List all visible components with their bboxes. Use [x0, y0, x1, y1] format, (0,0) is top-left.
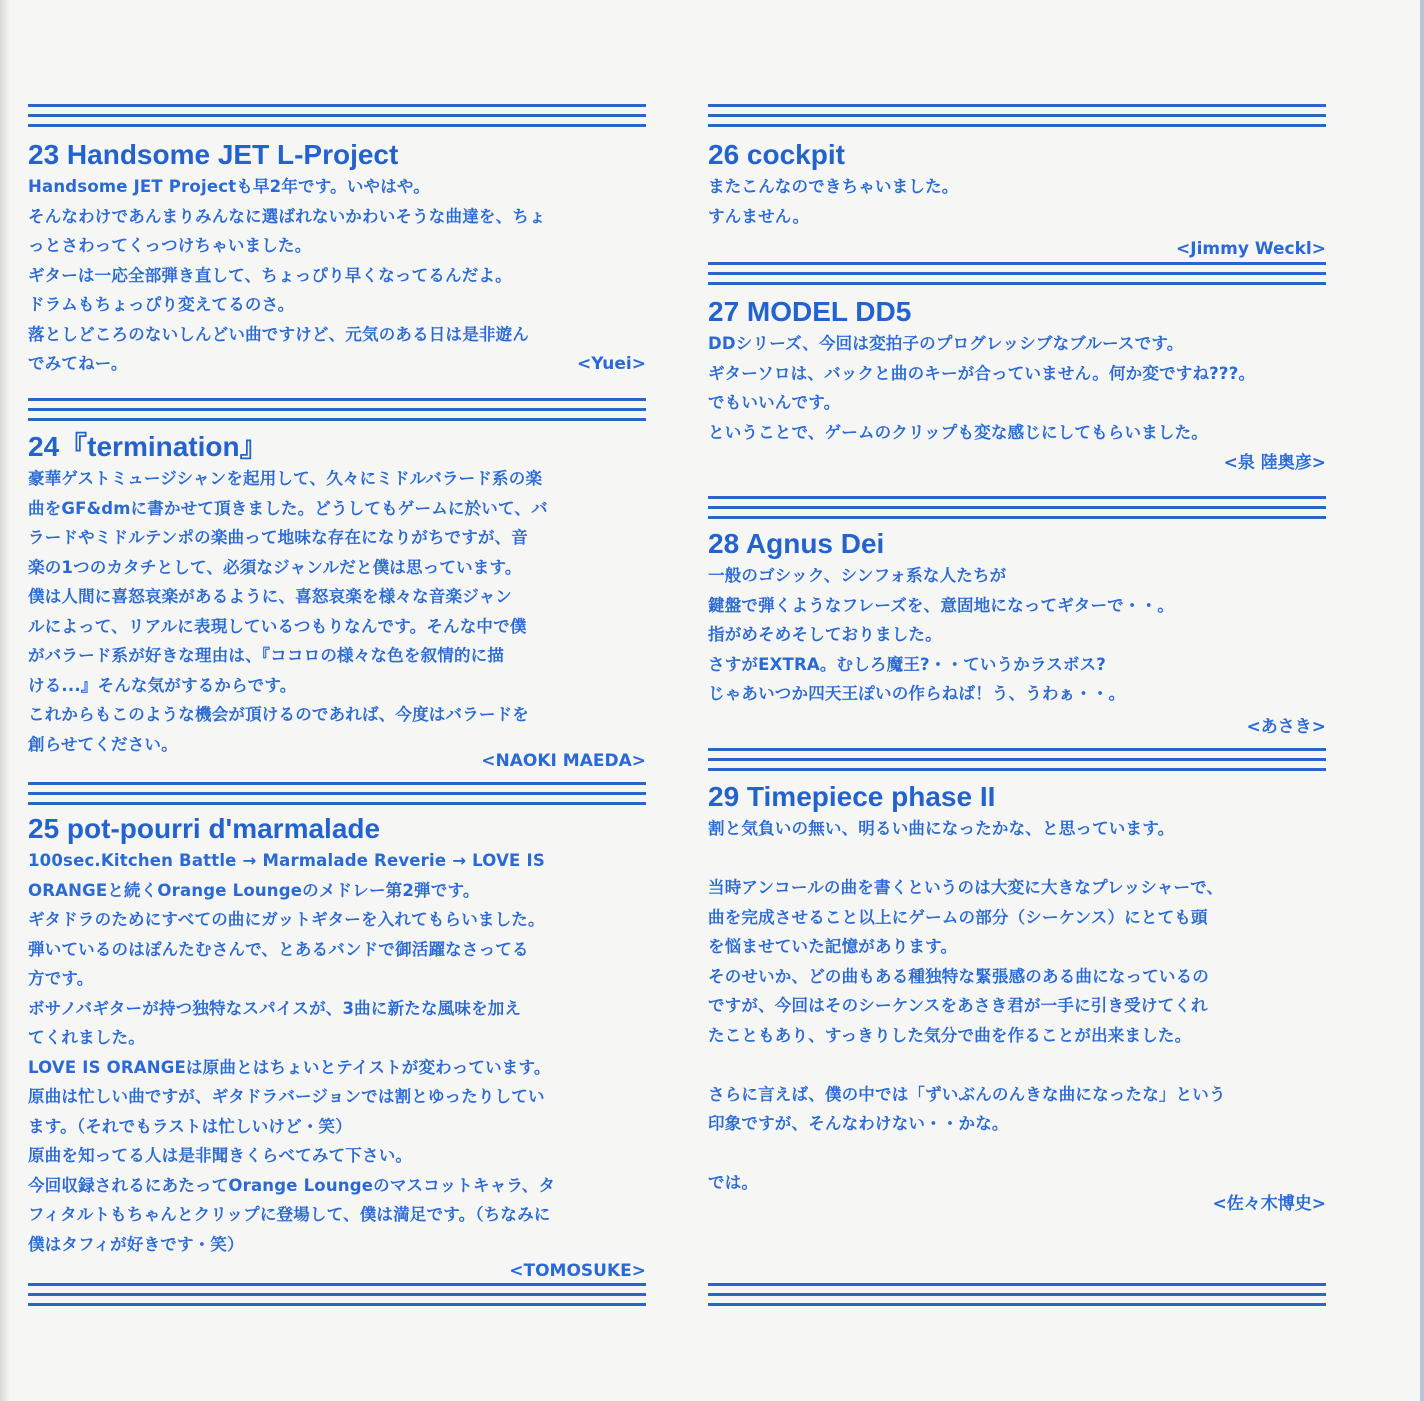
body-line: ORANGEと続くOrange Loungeのメドレー第2弾です。 [28, 876, 646, 906]
triple-rule-divider [28, 398, 646, 422]
body-line: を悩ませていた記憶があります。 [708, 932, 1326, 962]
body-line: たこともあり、すっきりした気分で曲を作ることが出来ました。 [708, 1021, 1326, 1051]
body-line: LOVE IS ORANGEは原曲とはちょいとテイストが変わっています。 [28, 1053, 646, 1083]
track-title: 24『termination』 [28, 430, 646, 464]
body-line: 鍵盤で弾くようなフレーズを、意固地になってギターで・・。 [708, 591, 1326, 621]
triple-rule-divider [708, 1283, 1326, 1307]
body-line: 印象ですが、そんなわけない・・かな。 [708, 1109, 1326, 1139]
body-line: 豪華ゲストミュージシャンを起用して、久々にミドルバラード系の楽 [28, 464, 646, 494]
body-line: ける...』そんな気がするからです。 [28, 671, 646, 701]
track-title: 29 Timepiece phase II [708, 780, 1326, 814]
body-line: 落としどころのないしんどい曲ですけど、元気のある日は是非遊ん [28, 320, 646, 350]
body-line: 指がめそめそしておりました。 [708, 620, 1326, 650]
section-track-29: 29 Timepiece phase II 割と気負いの無い、明るい曲になったか… [708, 780, 1326, 1218]
section-track-25: 25 pot-pourri d'marmalade 100sec.Kitchen… [28, 812, 646, 1285]
track-title: 28 Agnus Dei [708, 527, 1326, 561]
author-credit: <泉 陸奥彦> [708, 449, 1326, 477]
triple-rule-divider [708, 104, 1326, 128]
body-line: 100sec.Kitchen Battle → Marmalade Reveri… [28, 846, 646, 876]
section-track-23: 23 Handsome JET L-Project Handsome JET P… [28, 138, 646, 378]
body-line: Handsome JET Projectも早2年です。いやはや。 [28, 172, 646, 202]
body-line: 割と気負いの無い、明るい曲になったかな、と思っています。 [708, 814, 1326, 844]
author-credit: <佐々木博史> [708, 1190, 1326, 1218]
body-line: これからもこのような機会が頂けるのであれば、今度はバラードを [28, 700, 646, 730]
triple-rule-divider [708, 748, 1326, 772]
triple-rule-divider [708, 262, 1326, 286]
body-line: ボサノバギターが持つ独特なスパイスが、3曲に新たな風味を加え [28, 994, 646, 1024]
body-line: 曲を完成させること以上にゲームの部分（シーケンス）にとても頭 [708, 903, 1326, 933]
body-line: ギターは一応全部弾き直して、ちょっぴり早くなってるんだよ。 [28, 261, 646, 291]
section-track-24: 24『termination』 豪華ゲストミュージシャンを起用して、久々にミドル… [28, 430, 646, 775]
body-line: ギターソロは、バックと曲のキーが合っていません。何か変ですね???。 [708, 359, 1326, 389]
body-line: ギタドラのためにすべての曲にガットギターを入れてもらいました。 [28, 905, 646, 935]
body-line: そのせいか、どの曲もある種独特な緊張感のある曲になっているの [708, 962, 1326, 992]
body-line: 原曲を知ってる人は是非聞きくらべてみて下さい。 [28, 1141, 646, 1171]
body-line: っとさわってくっつけちゃいました。 [28, 231, 646, 261]
triple-rule-divider [28, 104, 646, 128]
body-line: 今回収録されるにあたってOrange Loungeのマスコットキャラ、タ [28, 1171, 646, 1201]
body-line: がバラード系が好きな理由は、『ココロの様々な色を叙情的に描 [28, 641, 646, 671]
page-edge-right [1420, 0, 1424, 1401]
author-credit: <Jimmy Weckl> [708, 235, 1326, 263]
body-line: てくれました。 [28, 1023, 646, 1053]
body-line: 楽の1つのカタチとして、必須なジャンルだと僕は思っています。 [28, 553, 646, 583]
body-line: ということで、ゲームのクリップも変な感じにしてもらいました。 [708, 418, 1326, 448]
section-track-26: 26 cockpit またこんなのできちゃいました。 すんません。 <Jimmy… [708, 138, 1326, 263]
body-line: 僕は人間に喜怒哀楽があるように、喜怒哀楽を様々な音楽ジャン [28, 582, 646, 612]
body-line: さらに言えば、僕の中では「ずいぶんのんきな曲になったな」という [708, 1080, 1326, 1110]
section-track-27: 27 MODEL DD5 DDシリーズ、今回は変拍子のプログレッシブなブルースで… [708, 295, 1326, 477]
body-line: 当時アンコールの曲を書くというのは大変に大きなプレッシャーで、 [708, 873, 1326, 903]
body-line: フィタルトもちゃんとクリップに登場して、僕は満足です。（ちなみに [28, 1200, 646, 1230]
body-line: ます。（それでもラストは忙しいけど・笑） [28, 1112, 646, 1142]
page-edge-left [0, 0, 10, 1401]
body-line: ですが、今回はそのシーケンスをあさき君が一手に引き受けてくれ [708, 991, 1326, 1021]
author-credit: <TOMOSUKE> [28, 1257, 646, 1285]
triple-rule-divider [708, 496, 1326, 520]
triple-rule-divider [28, 1283, 646, 1307]
body-line: 弾いているのはぽんたむさんで、とあるバンドで御活躍なさってる [28, 935, 646, 965]
body-line: またこんなのできちゃいました。 [708, 172, 1326, 202]
body-line: ルによって、リアルに表現しているつもりなんです。そんな中で僕 [28, 612, 646, 642]
track-title: 25 pot-pourri d'marmalade [28, 812, 646, 846]
body-line: じゃあいつか四天王ぽいの作らねば！う、うわぁ・・。 [708, 679, 1326, 709]
body-line: 僕はタフィが好きです・笑） [28, 1230, 646, 1260]
track-title: 23 Handsome JET L-Project [28, 138, 646, 172]
body-line: DDシリーズ、今回は変拍子のプログレッシブなブルースです。 [708, 329, 1326, 359]
track-title: 27 MODEL DD5 [708, 295, 1326, 329]
section-track-28: 28 Agnus Dei 一般のゴシック、シンフォ系な人たちが 鍵盤で弾くような… [708, 527, 1326, 741]
triple-rule-divider [28, 782, 646, 806]
body-line: そんなわけであんまりみんなに選ばれないかわいそうな曲達を、ちょ [28, 202, 646, 232]
paragraph-gap [708, 844, 1326, 874]
body-line: ラードやミドルテンポの楽曲って地味な存在になりがちですが、音 [28, 523, 646, 553]
paragraph-gap [708, 1050, 1326, 1080]
track-title: 26 cockpit [708, 138, 1326, 172]
author-credit: <あさき> [708, 713, 1326, 741]
body-line: すんません。 [708, 202, 1326, 232]
body-line: でもいいんです。 [708, 388, 1326, 418]
paragraph-gap [708, 1139, 1326, 1169]
body-line: ドラムもちょっぴり変えてるのさ。 [28, 290, 646, 320]
body-line: 原曲は忙しい曲ですが、ギタドラバージョンでは割とゆったりしてい [28, 1082, 646, 1112]
body-line: 一般のゴシック、シンフォ系な人たちが [708, 561, 1326, 591]
body-line: さすがEXTRA。むしろ魔王?・・ていうかラスボス? [708, 650, 1326, 680]
body-line: 曲をGF&dmに書かせて頂きました。どうしてもゲームに於いて、バ [28, 494, 646, 524]
body-line: 方です。 [28, 964, 646, 994]
